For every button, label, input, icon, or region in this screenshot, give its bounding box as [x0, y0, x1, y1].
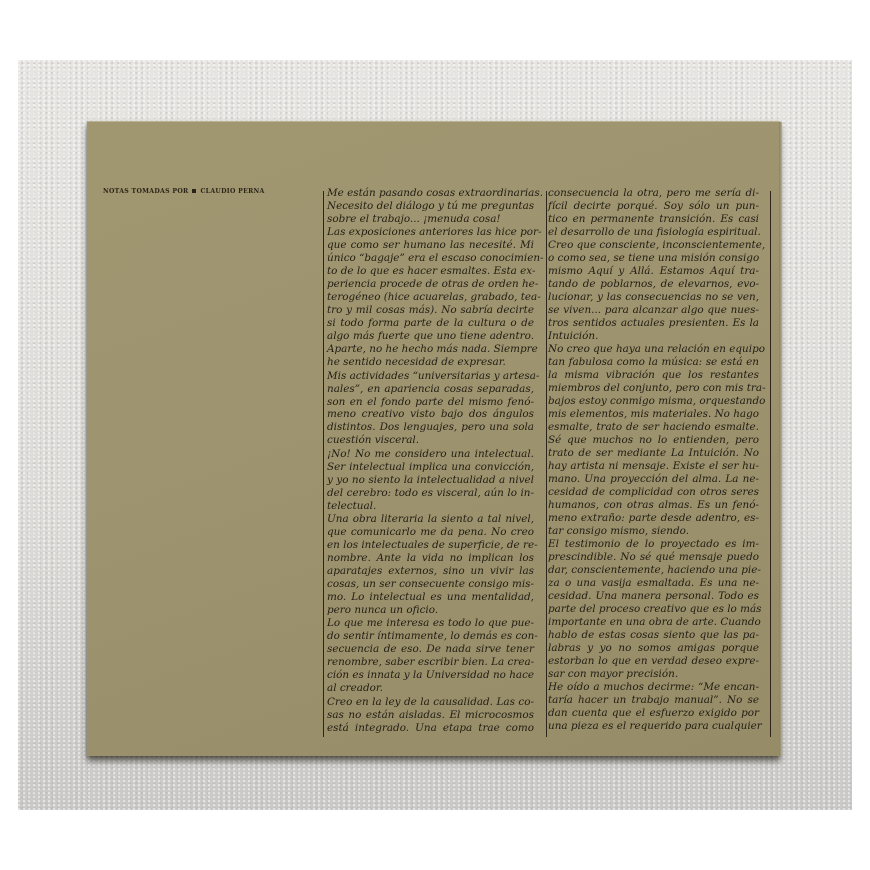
text-line: tan fabulosa como la música: se está en	[548, 356, 759, 369]
text-line: mano. Una proyección del alma. La ne-	[548, 473, 759, 486]
text-column-2: consecuencia la otra, pero me sería di-f…	[548, 187, 759, 733]
text-line: he sentido necesidad de expresar.	[327, 356, 534, 369]
text-line: sar con mayor precisión.	[548, 668, 759, 681]
text-line: en los intelectuales de superficie, de r…	[327, 539, 534, 552]
text-line: son en el fondo parte del mismo fenó-	[327, 396, 534, 409]
text-line: pero nunca un oficio.	[327, 604, 534, 617]
text-line: tar consigo mismo, siendo.	[548, 525, 759, 538]
text-line: la misma vibración que los restantes	[548, 369, 759, 382]
text-line: prescindible. No sé qué mensaje puedo	[548, 551, 759, 564]
text-line: si todo forma parte de la cultura o de	[327, 317, 534, 330]
text-column-1: Me están pasando cosas extraordinarias.N…	[327, 187, 534, 735]
text-line: distintos. Dos lenguajes, pero una sola	[327, 421, 534, 434]
text-line: esmalte, trato de ser haciendo esmalte.	[548, 421, 759, 434]
column-rule-right	[770, 191, 771, 737]
text-line: Intuición.	[548, 330, 759, 343]
text-line: meno extraño: parte desde adentro, es-	[548, 512, 759, 525]
text-line: Una obra literaria la siento a tal nivel…	[327, 513, 534, 526]
text-line: se viven... para alcanzar algo que nues-	[548, 304, 759, 317]
text-line: Lo que me interesa es todo lo que pue-	[327, 617, 534, 630]
text-line: hablo de estas cosas siento que las pa-	[548, 629, 759, 642]
text-line: periencia procede de otras de orden he-	[327, 278, 534, 291]
text-line: mismo Aquí y Allá. Estamos Aquí tra-	[548, 265, 759, 278]
text-line: Sé que muchos no lo entienden, pero	[548, 434, 759, 447]
text-line: hay artista ni mensaje. Existe el ser hu…	[548, 460, 759, 473]
text-line: está integrado. Una etapa trae como	[327, 722, 534, 735]
text-line: parte del proceso creativo que es lo más	[548, 603, 759, 616]
text-line: estorban lo que en verdad deseo expre-	[548, 655, 759, 668]
text-line: y yo no siento la intelectualidad a nive…	[327, 474, 534, 487]
text-line: tros sentidos actuales presienten. Es la	[548, 317, 759, 330]
text-line: al creador.	[327, 682, 534, 695]
text-line: que como ser humano las necesité. Mi	[327, 239, 534, 252]
text-line: trato de ser mediante La Intuición. No	[548, 447, 759, 460]
text-line: to de lo que es hacer esmaltes. Esta ex-	[327, 265, 534, 278]
byline-prefix: NOTAS TOMADAS POR	[103, 188, 188, 195]
text-line: importante en una obra de arte. Cuando	[548, 616, 759, 629]
text-line: sas no están aisladas. El microcosmos	[327, 709, 534, 722]
text-line: tando de poblarnos, de elevarnos, evo-	[548, 278, 759, 291]
text-line: cuestión visceral.	[327, 434, 534, 447]
byline: NOTAS TOMADAS PORCLAUDIO PERNA	[103, 188, 265, 195]
text-line: telectual.	[327, 500, 534, 513]
text-line: sobre el trabajo... ¡menuda cosa!	[327, 213, 534, 226]
text-line: Me están pasando cosas extraordinarias.	[327, 187, 534, 200]
text-line: Creo que consciente, inconscientemente,	[548, 239, 759, 252]
text-line: Mis actividades “universitarias y artesa…	[327, 370, 534, 383]
text-line: renombre, saber escribir bien. La crea-	[327, 656, 534, 669]
text-line: meno creativo visto bajo dos ángulos	[327, 408, 534, 421]
text-line: terogéneo (hice acuarelas, grabado, tea-	[327, 291, 534, 304]
column-rule-left	[323, 191, 324, 737]
text-line: Aparte, no he hecho más nada. Siempre	[327, 343, 534, 356]
text-line: ¡No! No me considero una intelectual.	[327, 448, 534, 461]
text-line: cesidad de complicidad con otros seres	[548, 486, 759, 499]
magazine-page: NOTAS TOMADAS PORCLAUDIO PERNA Me están …	[87, 121, 780, 756]
text-line: No creo que haya una relación en equipo	[548, 343, 759, 356]
text-line: cesidad. Una manera personal. Todo es	[548, 590, 759, 603]
text-line: dar, conscientemente, haciendo una pie-	[548, 564, 759, 577]
text-line: El testimonio de lo proyectado es im-	[548, 538, 759, 551]
text-line: único “bagaje” era el escaso conocimien-	[327, 252, 534, 265]
text-line: que comunicarlo me da pena. No creo	[327, 526, 534, 539]
text-line: ción es innata y la Universidad no hace	[327, 669, 534, 682]
text-line: el desarrollo de una fisiología espiritu…	[548, 226, 759, 239]
text-line: dan cuenta que el esfuerzo exigido por	[548, 707, 759, 720]
text-line: fícil decirte porqué. Soy sólo un pun-	[548, 200, 759, 213]
text-line: tro y mil cosas más). No sabría decirte	[327, 304, 534, 317]
text-line: cosas, un ser consecuente consigo mis-	[327, 578, 534, 591]
text-line: consecuencia la otra, pero me sería di-	[548, 187, 759, 200]
column-rule-middle	[546, 191, 547, 737]
text-line: o como sea, se tiene una misión consigo	[548, 252, 759, 265]
text-line: za o una vasija esmaltada. Es una ne-	[548, 577, 759, 590]
text-line: algo más fuerte que uno tiene adentro.	[327, 330, 534, 343]
text-line: labras y yo no somos amigas porque	[548, 642, 759, 655]
text-line: mis elementos, mis materiales. No hago	[548, 408, 759, 421]
text-line: tico en permanente transición. Es casi	[548, 213, 759, 226]
text-line: nombre. Ante la vida no implican los	[327, 552, 534, 565]
text-line: taría hacer un trabajo manual”. No se	[548, 694, 759, 707]
filled-square-icon	[192, 189, 196, 193]
text-line: Creo en la ley de la causalidad. Las co-	[327, 696, 534, 709]
text-line: Necesito del diálogo y tú me preguntas	[327, 200, 534, 213]
text-line: aparatajes externos, sino un vivir las	[327, 565, 534, 578]
text-line: lucionar, y las consecuencias no se ven,	[548, 291, 759, 304]
byline-author: CLAUDIO PERNA	[200, 188, 264, 195]
text-line: miembros del conjunto, pero con mis tra-	[548, 382, 759, 395]
text-line: Las exposiciones anteriores las hice por…	[327, 226, 534, 239]
text-line: bajos estoy conmigo misma, orquestando	[548, 395, 759, 408]
text-line: secuencia de eso. De nada sirve tener	[327, 643, 534, 656]
text-line: nales”, en apariencia cosas separadas,	[327, 383, 534, 396]
text-line: He oído a muchos decirme: “Me encan-	[548, 681, 759, 694]
text-line: humanos, con otras almas. Es un fenó-	[548, 499, 759, 512]
text-line: Ser intelectual implica una convicción,	[327, 461, 534, 474]
text-line: del cerebro: todo es visceral, aún lo in…	[327, 487, 534, 500]
text-line: una pieza es el requerido para cualquier	[548, 720, 759, 733]
text-line: do sentir íntimamente, lo demás es con-	[327, 630, 534, 643]
text-line: mo. Lo intelectual es una mentalidad,	[327, 591, 534, 604]
